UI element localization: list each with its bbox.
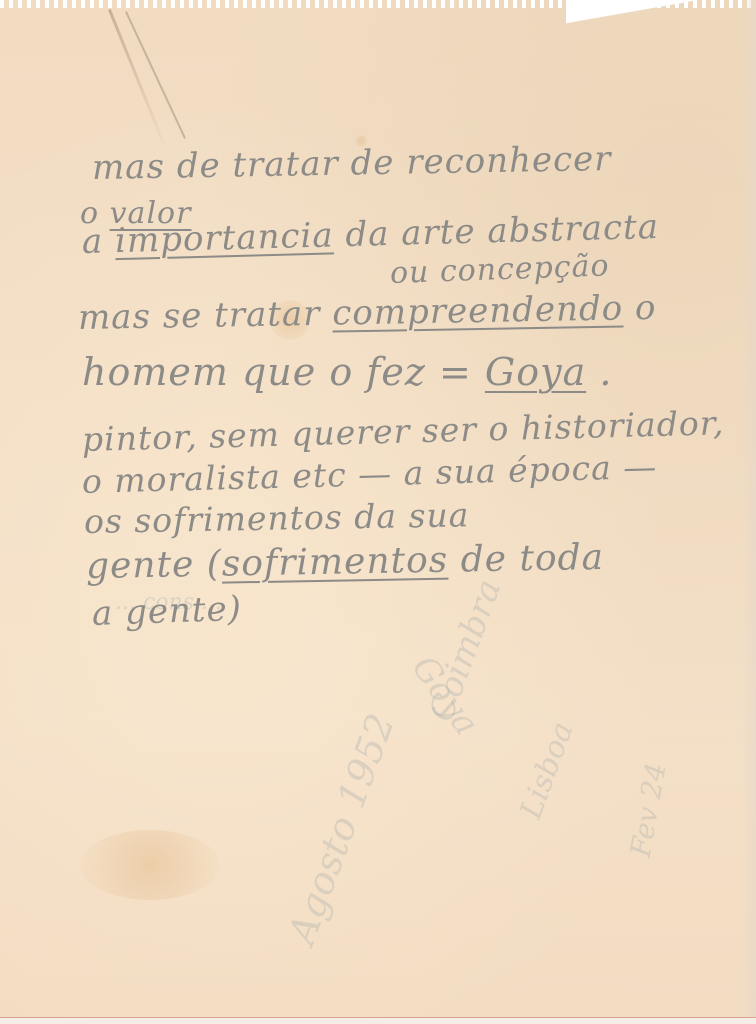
handwritten-line: mas se tratar compreendendo o	[78, 288, 657, 338]
paper-stain	[80, 830, 220, 900]
manuscript-page: ... cons ... Goya Coimbra Lisboa Agosto …	[0, 0, 756, 1024]
folded-corner	[566, 0, 756, 24]
paper-bottom-edge	[0, 1017, 756, 1024]
handwritten-line: os sofrimentos da sua	[84, 495, 470, 541]
underlined-word: compreendendo	[332, 288, 624, 333]
handwritten-line: a gente)	[91, 589, 242, 634]
handwritten-line: ou concepção	[389, 248, 610, 291]
line-start: homem que o fez =	[82, 350, 485, 394]
underlined-word: importancia	[115, 215, 335, 261]
handwritten-line: gente (sofrimentos de toda	[86, 537, 605, 587]
underlined-word: sofrimentos	[221, 540, 448, 585]
handwritten-line: mas de tratar de reconhecer	[92, 139, 612, 188]
paper-right-edge	[742, 0, 756, 1024]
line-end: de toda	[448, 537, 605, 581]
line-end: .	[586, 350, 612, 394]
line-start: mas se tratar	[78, 294, 333, 338]
show-through-text: Lisboa	[514, 717, 581, 823]
line-rest: da arte abstracta	[333, 207, 659, 256]
show-through-text: Agosto 1952	[279, 708, 403, 950]
word-a: a	[81, 221, 115, 262]
underlined-word: Goya	[485, 350, 586, 394]
show-through-text: Fev 24	[624, 760, 673, 859]
handwritten-line: homem que o fez = Goya .	[82, 350, 612, 394]
line-end: o	[623, 288, 657, 329]
line-start: gente (	[86, 544, 222, 587]
